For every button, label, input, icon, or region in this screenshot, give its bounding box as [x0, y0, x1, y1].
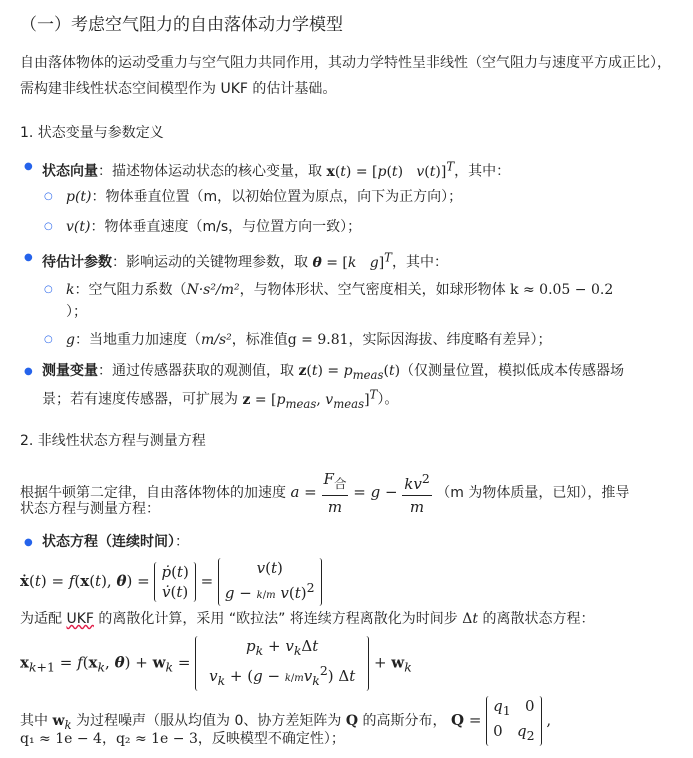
noise-text-a: 其中 [20, 713, 52, 729]
measurement-label: 测量变量 [42, 363, 98, 379]
bullet-icon: ● [24, 366, 33, 377]
state-vector-item: 状态向量：描述物体运动状态的核心变量，取 x(t) = [p(t) v(t)]T… [42, 155, 510, 183]
discrete-state-equation: xk+1 = f(xk, θ) + wk = pk + vkΔtvk + (g … [20, 636, 412, 691]
velocity-symbol: v(t) [66, 219, 90, 235]
state-eq-label: 状态方程（连续时间） [42, 534, 175, 550]
ukf-term: UKF [66, 611, 93, 627]
bullet-icon: ● [24, 252, 33, 263]
noise-text-b: 为过程噪声（服从均值为 0、协方差矩阵为 [72, 713, 346, 729]
position-item: p(t)：物体垂直位置（m，以初始位置为原点，向下为正方向）； [66, 186, 462, 208]
k-unit: N·s²/m² [186, 282, 239, 298]
state-vector-label: 状态向量 [42, 164, 98, 180]
params-tail: ，其中： [392, 255, 448, 271]
k-text3: ）； [66, 304, 87, 320]
newton-line-2: 状态方程与测量方程： [20, 498, 160, 520]
measurement-line2b: ）。 [377, 392, 398, 408]
gravity-item: g：当地重力加速度（m/s²，标准值g = 9.81，实际因海拔、纬度略有差异）… [66, 329, 552, 351]
measurement-line2a: 景；若有速度传感器，可扩展为 [42, 392, 238, 408]
measurement-text: ：通过传感器获取的观测值，取 [98, 363, 294, 379]
acceleration-formula: a = F合m = g − kv2m [290, 483, 431, 501]
params-item: 待估计参数：影响运动的关键物理参数，取 θ = [k g]T，其中： [42, 246, 448, 274]
euler-text-c: 的离散状态方程： [478, 611, 594, 627]
noise-text-c: 的高斯分布， [358, 713, 446, 729]
drag-coefficient-item-cont: ）； [66, 301, 87, 323]
velocity-text: ：物体垂直速度（m/s，与位置方向一致）； [90, 219, 361, 235]
k-text2: ，与物体形状、空气密度相关，如球形物体 [240, 282, 506, 298]
euler-line: 为适配 UKF 的离散化计算，采用 “欧拉法” 将连续方程离散化为时间步 Δt … [20, 608, 594, 630]
subsection-heading-2: 2. 非线性状态方程与测量方程 [20, 430, 206, 450]
params-text: ：影响运动的关键物理参数，取 [112, 255, 308, 271]
measurement-text2: （仅测量位置，模拟低成本传感器场 [400, 363, 624, 379]
noise-text-d: ，反映模型不确定性）； [198, 731, 345, 747]
intro-paragraph: 自由落体物体的运动受重力与空气阻力共同作用，其动力学特性呈非线性（空气阻力与速度… [20, 50, 681, 102]
position-symbol: p(t) [66, 189, 92, 205]
newton-text-b: （m 为物体质量，已知），推导 [436, 485, 629, 501]
state-eq-label-line: 状态方程（连续时间）： [42, 531, 189, 553]
g-text1: ：当地重力加速度（ [75, 332, 201, 348]
q-symbol: Q [346, 713, 358, 729]
k-range: k ≈ 0.05 − 0.2 [510, 282, 613, 298]
section-title: （一）考虑空气阻力的自由落体动力学模型 [20, 10, 343, 35]
dt-symbol: Δt [462, 611, 478, 627]
measurement-item: 测量变量：通过传感器获取的观测值，取 z(t) = pmeas(t)（仅测量位置… [42, 360, 624, 386]
q2-value: q₂ ≈ 1e − 3 [116, 731, 198, 747]
sub-bullet-icon: ○ [44, 284, 53, 295]
continuous-state-equation: ẋ(t) = f(x(t), θ) = ṗ(t)v̇(t) = v(t)g − … [20, 558, 322, 606]
position-text: ：物体垂直位置（m，以初始位置为原点，向下为正方向）； [92, 189, 463, 205]
sub-bullet-icon: ○ [44, 334, 53, 345]
noise-line-2: q₁ ≈ 1e − 4，q₂ ≈ 1e − 3，反映模型不确定性）； [20, 728, 345, 750]
q1-value: q₁ ≈ 1e − 4 [20, 731, 102, 747]
euler-text-b: 的离散化计算，采用 “欧拉法” 将连续方程离散化为时间步 [94, 611, 462, 627]
state-eq-colon: ： [175, 534, 189, 550]
measurement-formula2: z = [pmeas, vmeas]T [242, 392, 377, 408]
sub-bullet-icon: ○ [44, 221, 53, 232]
state-vector-formula: x(t) = [p(t) v(t)]T [326, 164, 454, 180]
g-unit: m/s² [201, 332, 232, 348]
g-text3: ，实际因海拔、纬度略有差异）； [349, 332, 552, 348]
bullet-icon: ● [24, 161, 33, 172]
sub-bullet-icon: ○ [44, 191, 53, 202]
drag-coefficient-item: k：空气阻力系数（N·s²/m²，与物体形状、空气密度相关，如球形物体 k ≈ … [66, 279, 613, 301]
bullet-icon: ● [24, 537, 33, 548]
g-symbol: g [66, 332, 75, 348]
params-formula: θ = [k g]T [312, 255, 392, 271]
measurement-formula: z(t) = pmeas(t) [298, 363, 400, 379]
subsection-heading-1: 1. 状态变量与参数定义 [20, 122, 164, 142]
wk-symbol: wk [52, 713, 71, 729]
state-vector-text: ：描述物体运动状态的核心变量，取 [98, 164, 322, 180]
g-standard: g = 9.81 [288, 332, 349, 348]
euler-text-a: 为适配 [20, 611, 66, 627]
measurement-item-cont: 景；若有速度传感器，可扩展为 z = [pmeas, vmeas]T）。 [42, 383, 398, 414]
params-label: 待估计参数 [42, 255, 112, 271]
state-vector-tail: ，其中： [454, 164, 510, 180]
g-text2: ，标准值 [232, 332, 288, 348]
q-matrix: Q = q1 00 q2 , [451, 711, 551, 729]
k-text1: ：空气阻力系数（ [74, 282, 186, 298]
velocity-item: v(t)：物体垂直速度（m/s，与位置方向一致）； [66, 216, 361, 238]
